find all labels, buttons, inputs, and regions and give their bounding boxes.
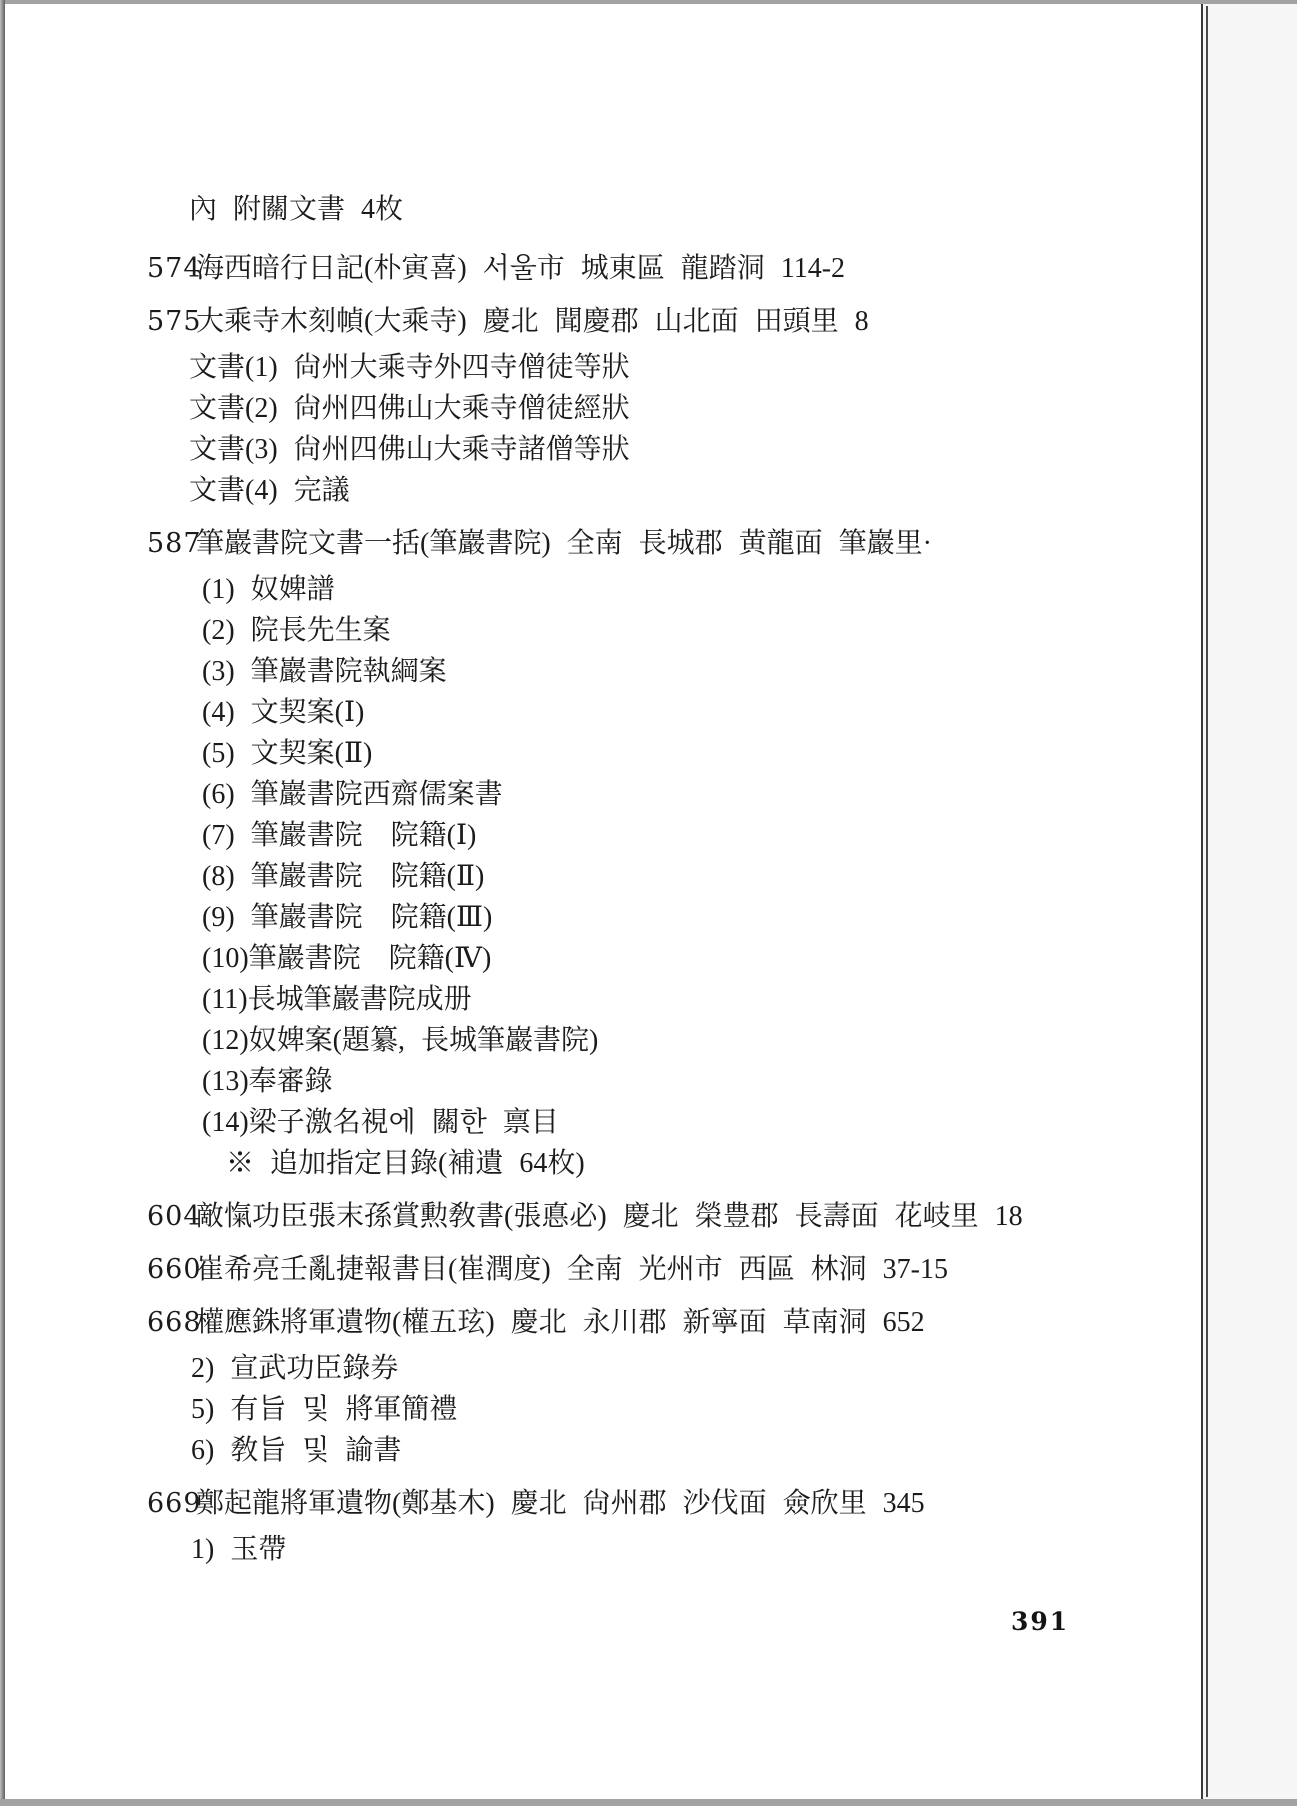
catalog-subline: (8) 筆巖書院 院籍(Ⅱ) [5, 856, 1201, 897]
entry-text: (6) 筆巖書院西齋儒案書 [5, 774, 503, 815]
catalog-subline: 6) 敎旨 및 諭書 [5, 1430, 1201, 1471]
entry-number: 587 [147, 523, 202, 564]
catalog-subline: ※ 追加指定目錄(補遺 64枚) [5, 1143, 1201, 1184]
catalog-subline: 內 附關文書 4枚 [5, 189, 1201, 230]
catalog-subline: (4) 文契案(Ⅰ) [5, 692, 1201, 733]
page-number: 391 [1011, 1607, 1069, 1636]
catalog-subline: (7) 筆巖書院 院籍(Ⅰ) [5, 815, 1201, 856]
catalog-subline: (10)筆巖書院 院籍(Ⅳ) [5, 938, 1201, 979]
catalog-entry: 575大乘寺木刻幀(大乘寺) 慶北 聞慶郡 山北面 田頭里 8 [5, 301, 1201, 342]
scanned-document-view: 內 附關文書 4枚574海西暗行日記(朴寅喜) 서울市 城東區 龍踏洞 114-… [0, 0, 1297, 1806]
entry-text: (9) 筆巖書院 院籍(Ⅲ) [5, 897, 492, 938]
entry-text: ※ 追加指定目錄(補遺 64枚) [5, 1143, 585, 1184]
entry-text: (13)奉審錄 [5, 1061, 333, 1102]
entry-text: (11)長城筆巖書院成册 [5, 979, 472, 1020]
catalog-subline: (1) 奴婢譜 [5, 569, 1201, 610]
catalog-subline: 文書(2) 尙州四佛山大乘寺僧徒經狀 [5, 388, 1201, 429]
entry-text: 5) 有旨 및 將軍簡禮 [5, 1389, 457, 1430]
entry-text: 文書(3) 尙州四佛山大乘寺諸僧等狀 [5, 429, 630, 470]
catalog-entry: 660崔希亮壬亂捷報書目(崔潤度) 全南 光州市 西區 林洞 37-15 [5, 1249, 1201, 1290]
catalog-subline: (11)長城筆巖書院成册 [5, 979, 1201, 1020]
entry-text: (1) 奴婢譜 [5, 569, 335, 610]
entry-text: 海西暗行日記(朴寅喜) 서울市 城東區 龍踏洞 114-2 [5, 248, 845, 289]
catalog-subline: 1) 玉帶 [5, 1529, 1201, 1570]
catalog-subline: (9) 筆巖書院 院籍(Ⅲ) [5, 897, 1201, 938]
entry-text: (12)奴婢案(題纂, 長城筆巖書院) [5, 1020, 598, 1061]
entry-text: (4) 文契案(Ⅰ) [5, 692, 364, 733]
catalog-subline: 文書(3) 尙州四佛山大乘寺諸僧等狀 [5, 429, 1201, 470]
entry-text: (10)筆巖書院 院籍(Ⅳ) [5, 938, 491, 979]
entry-text: (8) 筆巖書院 院籍(Ⅱ) [5, 856, 484, 897]
catalog-subline: (13)奉審錄 [5, 1061, 1201, 1102]
frame-border-top [0, 0, 1297, 4]
catalog-subline: 文書(4) 完議 [5, 470, 1201, 511]
entry-number: 574 [147, 248, 202, 289]
entry-text: 文書(4) 完議 [5, 470, 350, 511]
entry-text: 文書(2) 尙州四佛山大乘寺僧徒經狀 [5, 388, 630, 429]
entry-text: 筆巖書院文書一括(筆巖書院) 全南 長城郡 黄龍面 筆巖里· [5, 523, 932, 564]
entry-text: 1) 玉帶 [5, 1529, 286, 1570]
catalog-entry: 587筆巖書院文書一括(筆巖書院) 全南 長城郡 黄龍面 筆巖里· [5, 523, 1201, 564]
entry-text: 權應銖將軍遺物(權五玹) 慶北 永川郡 新寧面 草南洞 652 [5, 1302, 925, 1343]
entry-number: 668 [147, 1302, 202, 1343]
catalog-subline: (14)梁子激名視에 關한 禀目 [5, 1102, 1201, 1143]
entry-number: 660 [147, 1249, 202, 1290]
page-edge [1206, 6, 1208, 1797]
entry-text: 6) 敎旨 및 諭書 [5, 1430, 401, 1471]
catalog-entry: 604敵愾功臣張末孫賞勲敎書(張悳必) 慶北 榮豊郡 長壽面 花岐里 18 [5, 1196, 1201, 1237]
entry-text: 文書(1) 尙州大乘寺外四寺僧徒等狀 [5, 347, 630, 388]
catalog-subline: (2) 院長先生案 [5, 610, 1201, 651]
entry-text: 鄭起龍將軍遺物(鄭基木) 慶北 尙州郡 沙伐面 僉欣里 345 [5, 1483, 925, 1524]
entry-text: (3) 筆巖書院執綱案 [5, 651, 447, 692]
entry-text: 大乘寺木刻幀(大乘寺) 慶北 聞慶郡 山北面 田頭里 8 [5, 301, 869, 342]
catalog-entry: 668權應銖將軍遺物(權五玹) 慶北 永川郡 新寧面 草南洞 652 [5, 1302, 1201, 1343]
entry-number: 669 [147, 1483, 202, 1524]
catalog-subline: 5) 有旨 및 將軍簡禮 [5, 1389, 1201, 1430]
catalog-subline: (3) 筆巖書院執綱案 [5, 651, 1201, 692]
document-page: 內 附關文書 4枚574海西暗行日記(朴寅喜) 서울市 城東區 龍踏洞 114-… [5, 4, 1203, 1799]
entry-text: 2) 宣武功臣錄券 [5, 1348, 398, 1389]
catalog-subline: (12)奴婢案(題纂, 長城筆巖書院) [5, 1020, 1201, 1061]
entry-number: 575 [147, 301, 202, 342]
entry-text: (14)梁子激名視에 關한 禀目 [5, 1102, 559, 1143]
catalog-subline: (6) 筆巖書院西齋儒案書 [5, 774, 1201, 815]
catalog-subline: 2) 宣武功臣錄券 [5, 1348, 1201, 1389]
entry-text: (7) 筆巖書院 院籍(Ⅰ) [5, 815, 476, 856]
frame-border-left [0, 0, 5, 1806]
entry-number: 604 [147, 1196, 202, 1237]
frame-border-bottom [0, 1799, 1297, 1806]
entry-text: 內 附關文書 4枚 [5, 189, 403, 230]
catalog-subline: 文書(1) 尙州大乘寺外四寺僧徒等狀 [5, 347, 1201, 388]
entry-text: (5) 文契案(Ⅱ) [5, 733, 372, 774]
entry-text: (2) 院長先生案 [5, 610, 391, 651]
catalog-subline: (5) 文契案(Ⅱ) [5, 733, 1201, 774]
catalog-list: 內 附關文書 4枚574海西暗行日記(朴寅喜) 서울市 城東區 龍踏洞 114-… [5, 189, 1201, 1570]
catalog-entry: 669鄭起龍將軍遺物(鄭基木) 慶北 尙州郡 沙伐面 僉欣里 345 [5, 1483, 1201, 1524]
catalog-entry: 574海西暗行日記(朴寅喜) 서울市 城東區 龍踏洞 114-2 [5, 248, 1201, 289]
